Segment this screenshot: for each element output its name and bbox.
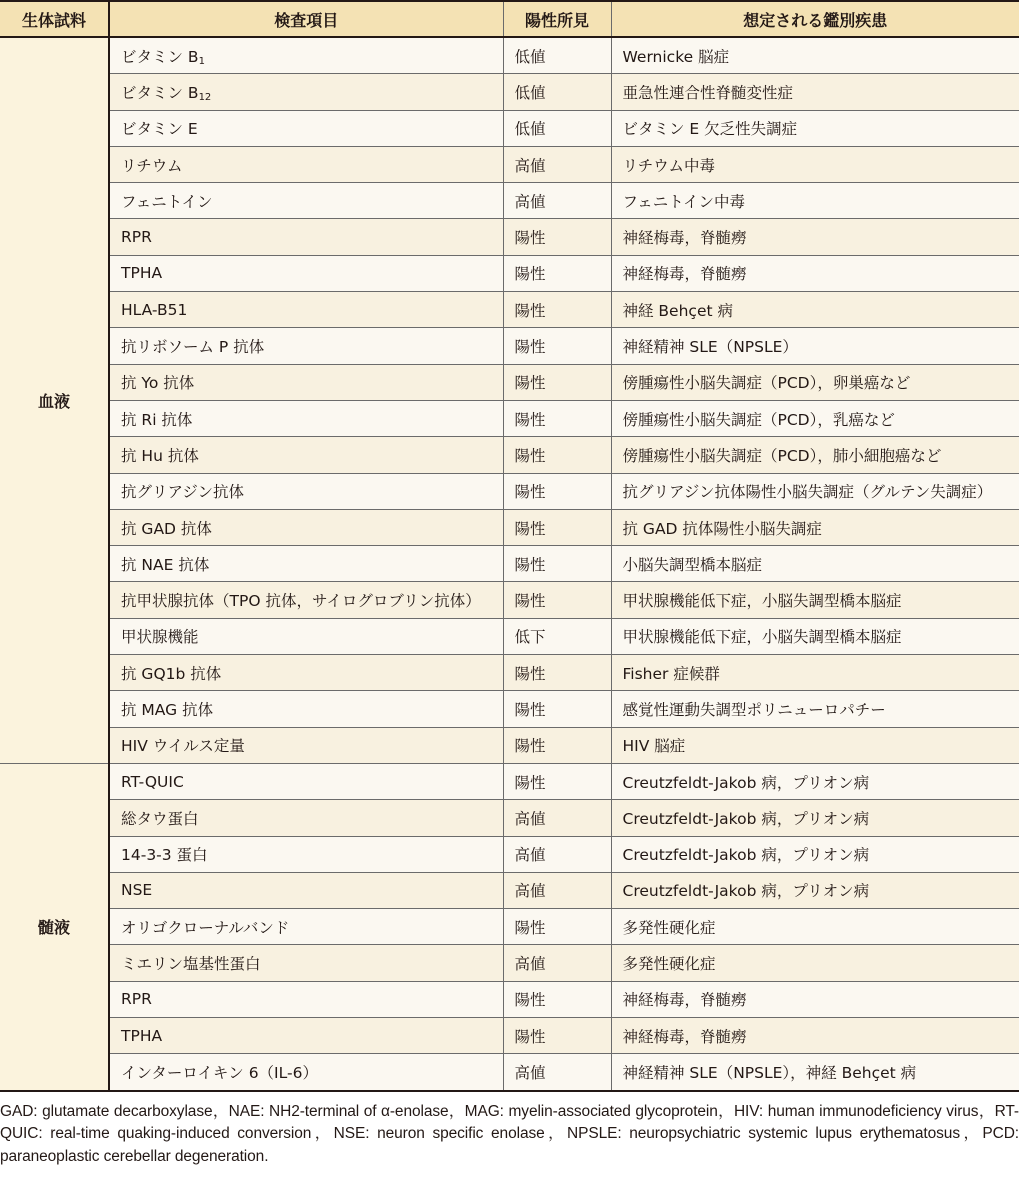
- differential-diagnosis-cell: 傍腫瘍性小脳失調症（PCD），乳癌など: [611, 400, 1019, 436]
- test-item-label: オリゴクローナルバンド: [121, 919, 289, 937]
- lab-findings-table: 生体試料 検査項目 陽性所見 想定される鑑別疾患 血液ビタミン B1低値Wern…: [0, 0, 1019, 1092]
- test-item-cell: 抗甲状腺抗体（TPO 抗体，サイログロブリン抗体）: [109, 582, 503, 618]
- test-item-cell: フェニトイン: [109, 183, 503, 219]
- differential-diagnosis-cell: Wernicke 脳症: [611, 37, 1019, 74]
- differential-diagnosis-cell: 傍腫瘍性小脳失調症（PCD），肺小細胞癌など: [611, 437, 1019, 473]
- test-item-label: RT-QUIC: [121, 773, 184, 791]
- test-item-cell: 抗 Yo 抗体: [109, 364, 503, 400]
- test-item-label: HLA-B51: [121, 301, 187, 319]
- table-row: 14-3-3 蛋白高値Creutzfeldt-Jakob 病，プリオン病: [0, 836, 1019, 872]
- table-row: 髄液RT-QUIC陽性Creutzfeldt-Jakob 病，プリオン病: [0, 763, 1019, 799]
- differential-diagnosis-cell: 多発性硬化症: [611, 909, 1019, 945]
- table-row: RPR陽性神経梅毒，脊髄癆: [0, 219, 1019, 255]
- table-row: TPHA陽性神経梅毒，脊髄癆: [0, 1018, 1019, 1054]
- differential-diagnosis-cell: ビタミン E 欠乏性失調症: [611, 110, 1019, 146]
- table-row: 抗 Yo 抗体陽性傍腫瘍性小脳失調症（PCD），卵巣癌など: [0, 364, 1019, 400]
- test-item-cell: 抗 NAE 抗体: [109, 546, 503, 582]
- positive-finding-cell: 高値: [503, 836, 611, 872]
- differential-diagnosis-cell: Creutzfeldt-Jakob 病，プリオン病: [611, 872, 1019, 908]
- table-row: 総タウ蛋白高値Creutzfeldt-Jakob 病，プリオン病: [0, 800, 1019, 836]
- abbreviations-footnote: GAD: glutamate decarboxylase，NAE: NH2-te…: [0, 1101, 1019, 1169]
- table-row: 血液ビタミン B1低値Wernicke 脳症: [0, 37, 1019, 74]
- table-row: ビタミン B12低値亜急性連合性脊髄変性症: [0, 74, 1019, 110]
- table-row: リチウム高値リチウム中毒: [0, 146, 1019, 182]
- test-item-label: 抗リボソーム P 抗体: [121, 338, 264, 356]
- test-item-label: 総タウ蛋白: [121, 810, 199, 828]
- test-item-label: 甲状腺機能: [121, 628, 199, 646]
- differential-diagnosis-cell: 多発性硬化症: [611, 945, 1019, 981]
- differential-diagnosis-cell: 甲状腺機能低下症，小脳失調型橋本脳症: [611, 582, 1019, 618]
- table-row: 抗 GAD 抗体陽性抗 GAD 抗体陽性小脳失調症: [0, 509, 1019, 545]
- test-item-cell: NSE: [109, 872, 503, 908]
- test-item-label: 抗甲状腺抗体（TPO 抗体，サイログロブリン抗体）: [121, 592, 481, 610]
- test-item-cell: 14-3-3 蛋白: [109, 836, 503, 872]
- differential-diagnosis-cell: フェニトイン中毒: [611, 183, 1019, 219]
- test-item-label: 抗 Ri 抗体: [121, 411, 192, 429]
- test-item-cell: ビタミン B12: [109, 74, 503, 110]
- test-item-label: HIV ウイルス定量: [121, 737, 245, 755]
- test-item-label: RPR: [121, 228, 152, 246]
- positive-finding-cell: 高値: [503, 872, 611, 908]
- test-item-cell: RT-QUIC: [109, 763, 503, 799]
- test-item-cell: 抗 Ri 抗体: [109, 400, 503, 436]
- test-item-cell: 甲状腺機能: [109, 618, 503, 654]
- positive-finding-cell: 低値: [503, 37, 611, 74]
- positive-finding-cell: 陽性: [503, 691, 611, 727]
- differential-diagnosis-cell: 抗 GAD 抗体陽性小脳失調症: [611, 509, 1019, 545]
- header-differential-diagnosis: 想定される鑑別疾患: [611, 1, 1019, 37]
- test-item-label: 抗 MAG 抗体: [121, 701, 213, 719]
- table-row: RPR陽性神経梅毒，脊髄癆: [0, 981, 1019, 1017]
- test-item-cell: 抗 MAG 抗体: [109, 691, 503, 727]
- test-item-cell: 抗グリアジン抗体: [109, 473, 503, 509]
- positive-finding-cell: 低値: [503, 110, 611, 146]
- differential-diagnosis-cell: 神経精神 SLE（NPSLE），神経 Behçet 病: [611, 1054, 1019, 1091]
- test-item-cell: HLA-B51: [109, 292, 503, 328]
- test-item-label: フェニトイン: [121, 193, 212, 211]
- test-item-label: 抗 NAE 抗体: [121, 556, 209, 574]
- positive-finding-cell: 陽性: [503, 473, 611, 509]
- test-item-cell: ビタミン E: [109, 110, 503, 146]
- test-item-cell: RPR: [109, 981, 503, 1017]
- differential-diagnosis-cell: HIV 脳症: [611, 727, 1019, 763]
- differential-diagnosis-cell: Creutzfeldt-Jakob 病，プリオン病: [611, 800, 1019, 836]
- test-item-cell: 総タウ蛋白: [109, 800, 503, 836]
- table-body: 血液ビタミン B1低値Wernicke 脳症ビタミン B12低値亜急性連合性脊髄…: [0, 37, 1019, 1091]
- table-row: インターロイキン 6（IL-6）高値神経精神 SLE（NPSLE），神経 Beh…: [0, 1054, 1019, 1091]
- positive-finding-cell: 陽性: [503, 219, 611, 255]
- positive-finding-cell: 陽性: [503, 328, 611, 364]
- test-item-label: 抗グリアジン抗体: [121, 483, 244, 501]
- table-row: オリゴクローナルバンド陽性多発性硬化症: [0, 909, 1019, 945]
- differential-diagnosis-cell: Creutzfeldt-Jakob 病，プリオン病: [611, 763, 1019, 799]
- positive-finding-cell: 陽性: [503, 255, 611, 291]
- test-item-label: インターロイキン 6（IL-6）: [121, 1064, 318, 1082]
- table-row: 抗グリアジン抗体陽性抗グリアジン抗体陽性小脳失調症（グルテン失調症）: [0, 473, 1019, 509]
- positive-finding-cell: 陽性: [503, 437, 611, 473]
- table-row: NSE高値Creutzfeldt-Jakob 病，プリオン病: [0, 872, 1019, 908]
- positive-finding-cell: 陽性: [503, 1018, 611, 1054]
- differential-diagnosis-cell: 神経梅毒，脊髄癆: [611, 219, 1019, 255]
- test-item-cell: 抗 GQ1b 抗体: [109, 655, 503, 691]
- test-item-label: 抗 GAD 抗体: [121, 520, 212, 538]
- positive-finding-cell: 陽性: [503, 292, 611, 328]
- test-item-subscript: 1: [199, 56, 205, 67]
- header-specimen: 生体試料: [0, 1, 109, 37]
- test-item-cell: ビタミン B1: [109, 37, 503, 74]
- test-item-label: ビタミン B: [121, 48, 199, 66]
- table-row: TPHA陽性神経梅毒，脊髄癆: [0, 255, 1019, 291]
- test-item-cell: 抗 Hu 抗体: [109, 437, 503, 473]
- table-row: HLA-B51陽性神経 Behçet 病: [0, 292, 1019, 328]
- test-item-cell: RPR: [109, 219, 503, 255]
- test-item-label: リチウム: [121, 157, 183, 175]
- test-item-cell: 抗リボソーム P 抗体: [109, 328, 503, 364]
- table-row: 甲状腺機能低下甲状腺機能低下症，小脳失調型橋本脳症: [0, 618, 1019, 654]
- table-row: 抗 GQ1b 抗体陽性Fisher 症候群: [0, 655, 1019, 691]
- table-row: 抗リボソーム P 抗体陽性神経精神 SLE（NPSLE）: [0, 328, 1019, 364]
- test-item-label: TPHA: [121, 264, 162, 282]
- table-row: 抗 MAG 抗体陽性感覚性運動失調型ポリニューロパチー: [0, 691, 1019, 727]
- differential-diagnosis-cell: 傍腫瘍性小脳失調症（PCD），卵巣癌など: [611, 364, 1019, 400]
- positive-finding-cell: 陽性: [503, 509, 611, 545]
- positive-finding-cell: 高値: [503, 945, 611, 981]
- test-item-subscript: 12: [199, 92, 212, 103]
- test-item-label: ビタミン E: [121, 120, 198, 138]
- differential-diagnosis-cell: 神経梅毒，脊髄癆: [611, 255, 1019, 291]
- table-row: 抗 Hu 抗体陽性傍腫瘍性小脳失調症（PCD），肺小細胞癌など: [0, 437, 1019, 473]
- positive-finding-cell: 高値: [503, 800, 611, 836]
- test-item-label: 抗 Yo 抗体: [121, 374, 194, 392]
- positive-finding-cell: 陽性: [503, 582, 611, 618]
- test-item-cell: オリゴクローナルバンド: [109, 909, 503, 945]
- table-row: フェニトイン高値フェニトイン中毒: [0, 183, 1019, 219]
- differential-diagnosis-cell: 亜急性連合性脊髄変性症: [611, 74, 1019, 110]
- test-item-label: NSE: [121, 881, 152, 899]
- positive-finding-cell: 高値: [503, 146, 611, 182]
- positive-finding-cell: 陽性: [503, 909, 611, 945]
- table-row: 抗 NAE 抗体陽性小脳失調型橋本脳症: [0, 546, 1019, 582]
- header-positive-finding: 陽性所見: [503, 1, 611, 37]
- differential-diagnosis-cell: 感覚性運動失調型ポリニューロパチー: [611, 691, 1019, 727]
- table-row: 抗 Ri 抗体陽性傍腫瘍性小脳失調症（PCD），乳癌など: [0, 400, 1019, 436]
- table-row: HIV ウイルス定量陽性HIV 脳症: [0, 727, 1019, 763]
- test-item-label: ビタミン B: [121, 84, 199, 102]
- positive-finding-cell: 陽性: [503, 400, 611, 436]
- positive-finding-cell: 陽性: [503, 364, 611, 400]
- test-item-cell: リチウム: [109, 146, 503, 182]
- test-item-cell: TPHA: [109, 255, 503, 291]
- differential-diagnosis-cell: 神経梅毒，脊髄癆: [611, 1018, 1019, 1054]
- differential-diagnosis-cell: 抗グリアジン抗体陽性小脳失調症（グルテン失調症）: [611, 473, 1019, 509]
- positive-finding-cell: 高値: [503, 1054, 611, 1091]
- positive-finding-cell: 高値: [503, 183, 611, 219]
- differential-diagnosis-cell: 神経精神 SLE（NPSLE）: [611, 328, 1019, 364]
- positive-finding-cell: 陽性: [503, 727, 611, 763]
- test-item-cell: 抗 GAD 抗体: [109, 509, 503, 545]
- test-item-label: TPHA: [121, 1027, 162, 1045]
- positive-finding-cell: 陽性: [503, 655, 611, 691]
- differential-diagnosis-cell: Creutzfeldt-Jakob 病，プリオン病: [611, 836, 1019, 872]
- differential-diagnosis-cell: リチウム中毒: [611, 146, 1019, 182]
- header-test-item: 検査項目: [109, 1, 503, 37]
- positive-finding-cell: 陽性: [503, 763, 611, 799]
- differential-diagnosis-cell: Fisher 症候群: [611, 655, 1019, 691]
- test-item-label: 抗 Hu 抗体: [121, 447, 199, 465]
- test-item-label: RPR: [121, 990, 152, 1008]
- positive-finding-cell: 低値: [503, 74, 611, 110]
- specimen-group-cell: 髄液: [0, 763, 109, 1090]
- test-item-cell: HIV ウイルス定量: [109, 727, 503, 763]
- differential-diagnosis-cell: 神経梅毒，脊髄癆: [611, 981, 1019, 1017]
- test-item-cell: TPHA: [109, 1018, 503, 1054]
- test-item-cell: ミエリン塩基性蛋白: [109, 945, 503, 981]
- test-item-label: ミエリン塩基性蛋白: [121, 955, 261, 973]
- table-row: ミエリン塩基性蛋白高値多発性硬化症: [0, 945, 1019, 981]
- differential-diagnosis-cell: 甲状腺機能低下症，小脳失調型橋本脳症: [611, 618, 1019, 654]
- table-row: 抗甲状腺抗体（TPO 抗体，サイログロブリン抗体）陽性甲状腺機能低下症，小脳失調…: [0, 582, 1019, 618]
- positive-finding-cell: 陽性: [503, 981, 611, 1017]
- test-item-label: 抗 GQ1b 抗体: [121, 665, 221, 683]
- table-row: ビタミン E低値ビタミン E 欠乏性失調症: [0, 110, 1019, 146]
- positive-finding-cell: 陽性: [503, 546, 611, 582]
- test-item-cell: インターロイキン 6（IL-6）: [109, 1054, 503, 1091]
- specimen-group-cell: 血液: [0, 37, 109, 763]
- differential-diagnosis-cell: 小脳失調型橋本脳症: [611, 546, 1019, 582]
- positive-finding-cell: 低下: [503, 618, 611, 654]
- differential-diagnosis-cell: 神経 Behçet 病: [611, 292, 1019, 328]
- test-item-label: 14-3-3 蛋白: [121, 846, 208, 864]
- header-row: 生体試料 検査項目 陽性所見 想定される鑑別疾患: [0, 1, 1019, 37]
